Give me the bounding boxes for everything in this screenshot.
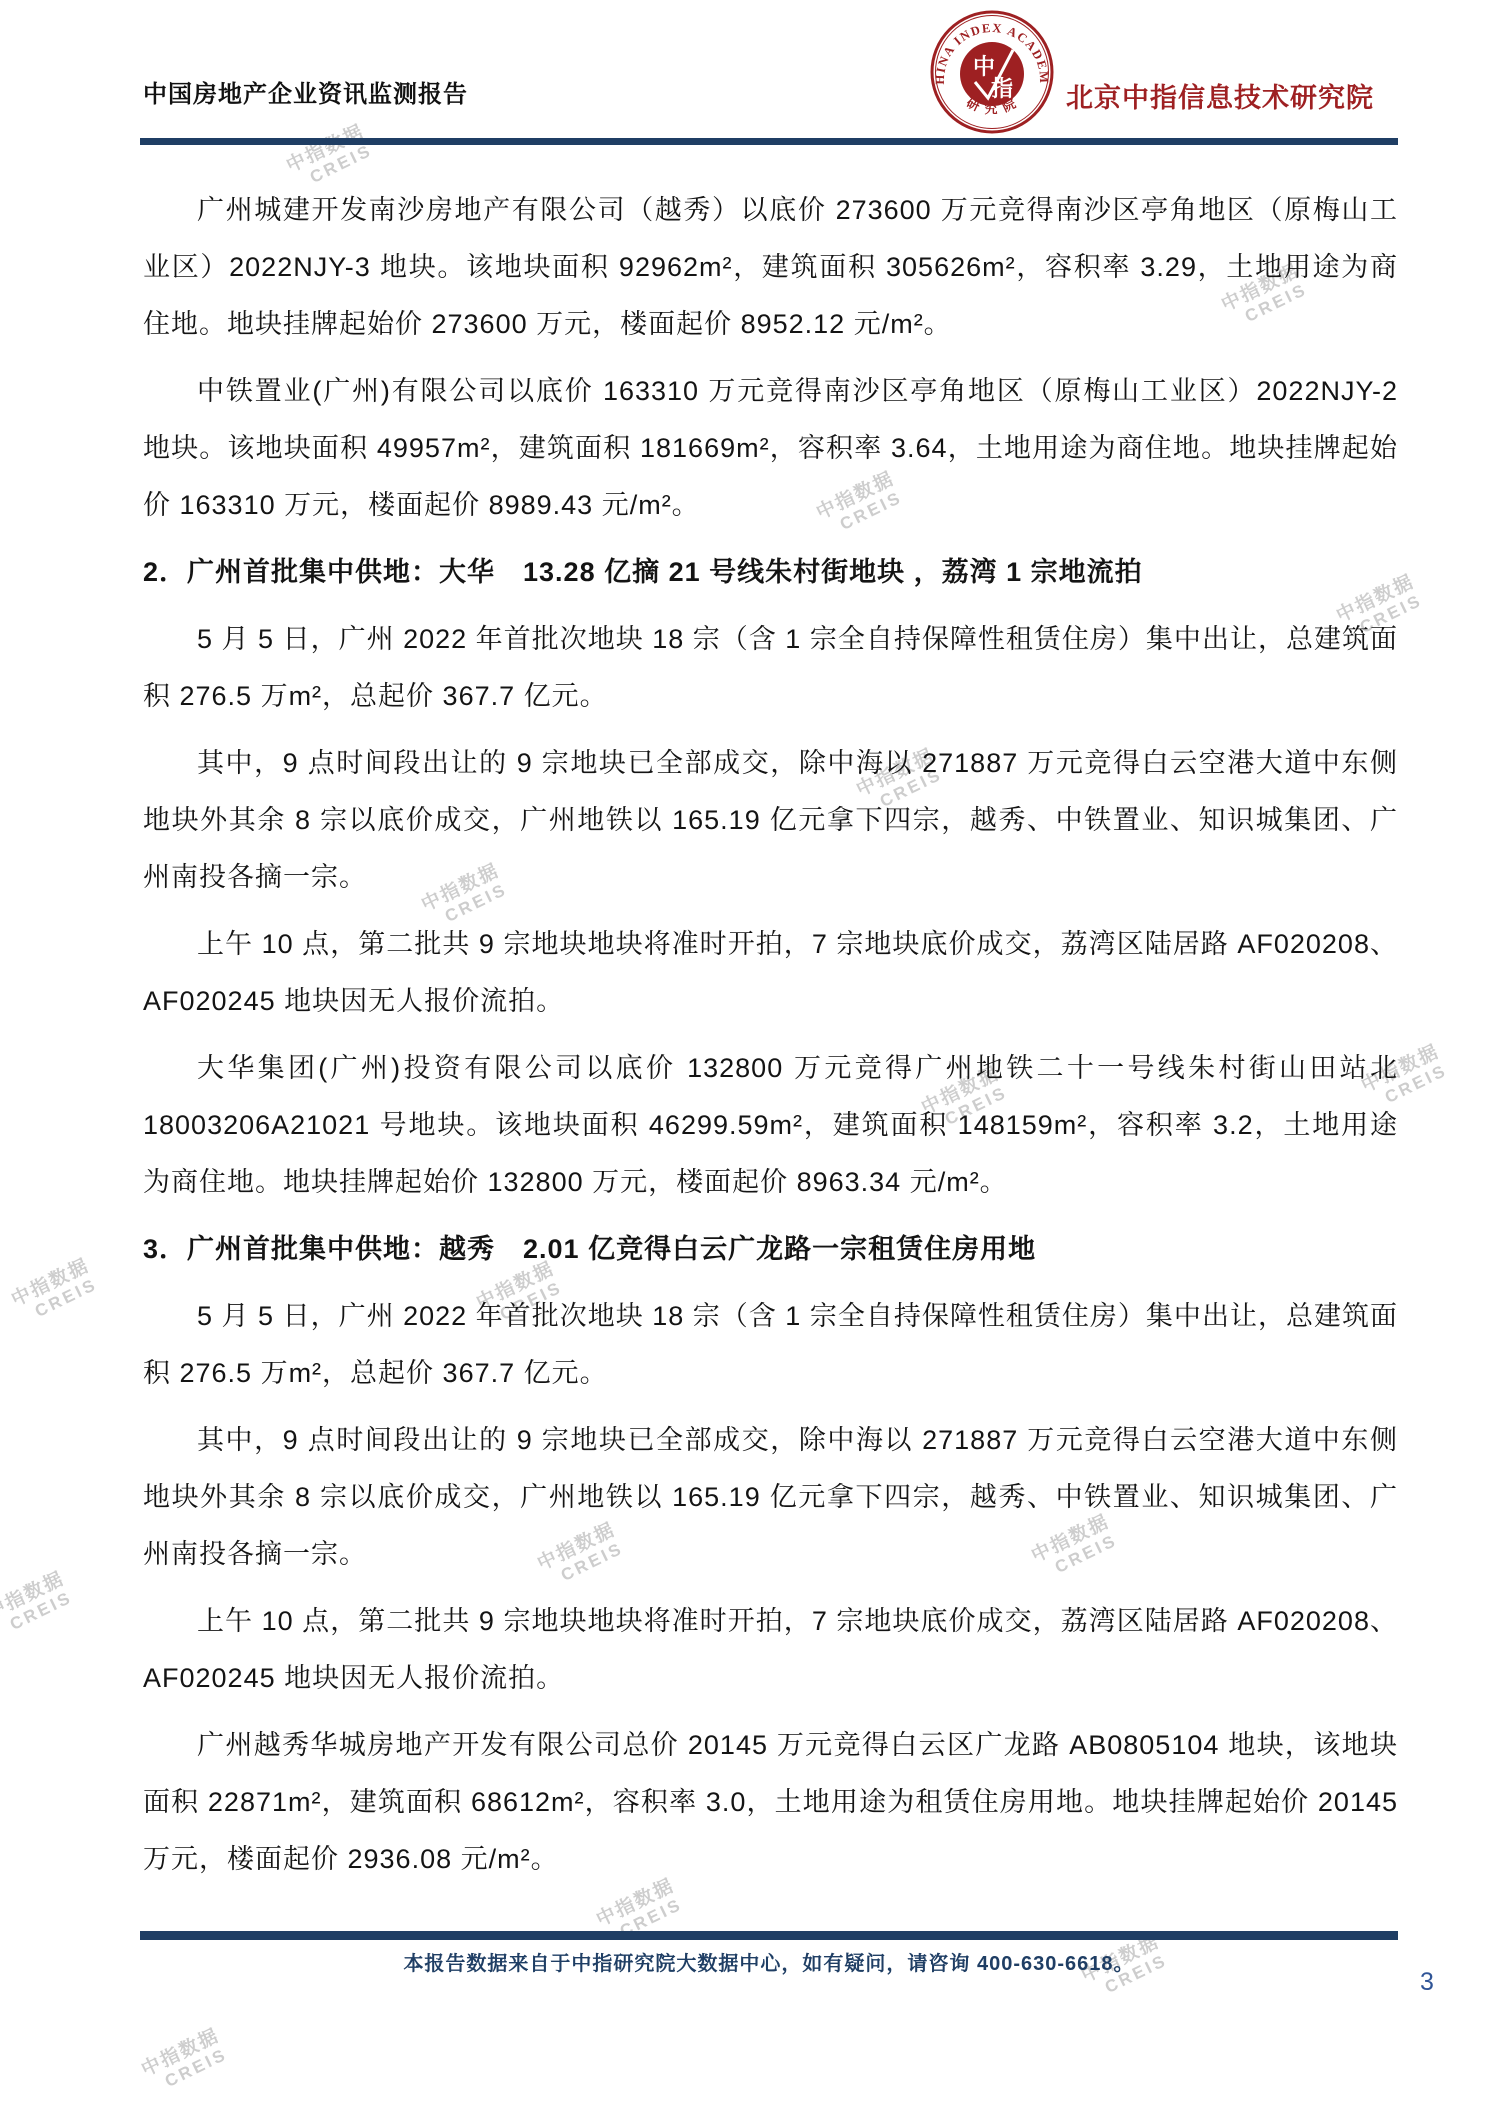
org-name: 北京中指信息技术研究院 [1066, 76, 1374, 115]
china-index-academy-logo: CHINA INDEX ACADEMY 研 究 院 中 指 [928, 8, 1056, 141]
paragraph: 广州城建开发南沙房地产有限公司（越秀）以底价 273600 万元竞得南沙区亭角地… [143, 182, 1398, 353]
paragraph: 上午 10 点，第二批共 9 宗地块地块将准时开拍，7 宗地块底价成交，荔湾区陆… [143, 916, 1398, 1030]
watermark: 中指数据CREIS [139, 2026, 232, 2098]
paragraph: 广州越秀华城房地产开发有限公司总价 20145 万元竞得白云区广龙路 AB080… [143, 1717, 1398, 1888]
logo-center-char-bottom: 指 [991, 76, 1013, 101]
paragraph: 5 月 5 日，广州 2022 年首批次地块 18 宗（含 1 宗全自持保障性租… [143, 611, 1398, 725]
paragraph: 中铁置业(广州)有限公司以底价 163310 万元竞得南沙区亭角地区（原梅山工业… [143, 363, 1398, 534]
paragraph: 5 月 5 日，广州 2022 年首批次地块 18 宗（含 1 宗全自持保障性租… [143, 1288, 1398, 1402]
watermark: 中指数据CREIS [0, 1569, 76, 1641]
section-heading: 2．广州首批集中供地：大华 13.28 亿摘 21 号线朱村街地块 ，荔湾 1 … [143, 544, 1398, 601]
paragraph: 其中，9 点时间段出让的 9 宗地块已全部成交，除中海以 271887 万元竞得… [143, 735, 1398, 906]
footer-note: 本报告数据来自于中指研究院大数据中心，如有疑问，请咨询 400-630-6618… [140, 1947, 1398, 1976]
seal-icon: CHINA INDEX ACADEMY 研 究 院 中 指 [928, 8, 1056, 136]
report-page: 中指数据CREIS中指数据CREIS中指数据CREIS中指数据CREIS中指数据… [0, 0, 1488, 2104]
footer-divider [140, 1931, 1398, 1940]
page-number: 3 [1420, 1968, 1434, 1997]
report-body: 广州城建开发南沙房地产有限公司（越秀）以底价 273600 万元竞得南沙区亭角地… [143, 182, 1398, 1898]
paragraph: 其中，9 点时间段出让的 9 宗地块已全部成交，除中海以 271887 万元竞得… [143, 1412, 1398, 1583]
header-divider [140, 138, 1398, 145]
section-heading: 3．广州首批集中供地：越秀 2.01 亿竞得白云广龙路一宗租赁住房用地 [143, 1221, 1398, 1278]
paragraph: 上午 10 点，第二批共 9 宗地块地块将准时开拍，7 宗地块底价成交，荔湾区陆… [143, 1593, 1398, 1707]
watermark: 中指数据CREIS [9, 1256, 102, 1328]
report-title: 中国房地产企业资讯监测报告 [143, 74, 468, 109]
paragraph: 大华集团(广州)投资有限公司以底价 132800 万元竞得广州地铁二十一号线朱村… [143, 1040, 1398, 1211]
